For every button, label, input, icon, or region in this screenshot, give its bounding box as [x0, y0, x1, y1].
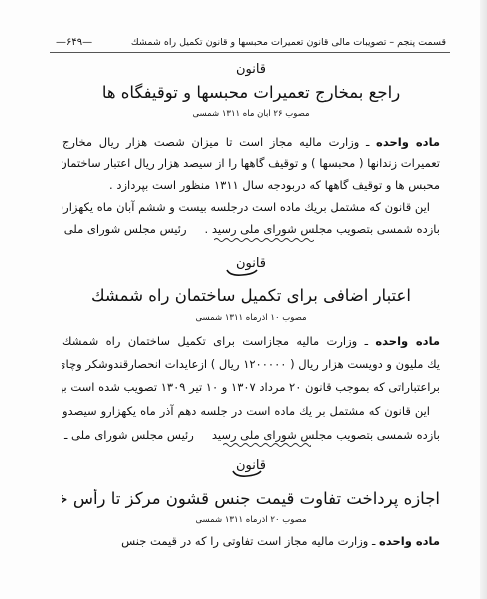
- law-title: راجع بمخارج تعمیرات محبسها و توقیفگاه ها: [62, 83, 440, 103]
- header-rule: [50, 52, 450, 53]
- article-label: ماده واحده: [376, 135, 440, 149]
- body-line: ماده واحده ـ وزارت مالیه مجازاست برای تک…: [62, 333, 440, 349]
- approval-date: مصوب ۱۰ آذرماه ۱۳۱۱ شمسی: [62, 313, 440, 324]
- law-title: اجازه پرداخت تفاوت قیمت جنس قشون مرکز تا…: [62, 489, 440, 509]
- signature: رئیس مجلس شورای ملی ـ دادگر: [62, 222, 187, 236]
- body-line: یك ملیون و دویست هزار ریال ( ۱۲۰۰۰۰۰ ریا…: [62, 356, 440, 372]
- article-label: ماده واحده: [375, 334, 440, 348]
- wavy-underline: [223, 442, 311, 448]
- article-label: ماده واحده: [379, 534, 440, 548]
- page-edge-shadow: [480, 0, 487, 599]
- body-line: ماده واحده ـ وزارت مالیه مجاز است تفاوتی…: [90, 533, 440, 549]
- law-label: قانون: [62, 62, 440, 78]
- document-page: قسمت پنجم – تصویبات مالی قانون تعمیرات م…: [0, 0, 480, 599]
- approval-date: مصوب ۲۶ آبان ماه ۱۳۱۱ شمسی: [62, 109, 440, 120]
- body-line: این قانون که مشتمل بریك ماده است درجلسه …: [62, 199, 440, 215]
- body-line: براعتباراتی که بموجب قانون ۲۰ مرداد ۱۳۰۷…: [62, 379, 440, 395]
- approval-date: مصوب ۲۰ آذرماه ۱۳۱۱ شمسی: [62, 515, 440, 526]
- body-line: تعمیرات زندانها ( محبسها ) و توقیف گاهها…: [62, 155, 440, 171]
- body-line: ماده واحده ـ وزارت مالیه مجاز است تا میز…: [62, 134, 440, 150]
- law-title: اعتبار اضافی برای تکمیل ساختمان راه شمشك: [62, 286, 440, 306]
- body-line: بازده شمسی بتصویب مجلس شورای ملی رسید .ر…: [62, 221, 440, 237]
- running-head-title: قسمت پنجم – تصویبات مالی قانون تعمیرات م…: [131, 36, 446, 50]
- wavy-underline: [214, 237, 314, 243]
- page-number: —۶۴۹—: [56, 36, 92, 50]
- swash-ornament: [226, 269, 258, 277]
- body-line: محبس ها و توقیف گاهها که دربودجه سال ۱۳۱…: [62, 177, 440, 193]
- signature: رئیس مجلس شورای ملی ـ دادگر: [62, 428, 194, 442]
- swash-ornament: [232, 470, 262, 478]
- body-line: بازده شمسی بتصویب مجلس شورای ملی رسیدرئی…: [62, 427, 440, 443]
- body-line: این قانون که مشتمل بر یك ماده است در جلس…: [62, 403, 440, 419]
- running-head: قسمت پنجم – تصویبات مالی قانون تعمیرات م…: [50, 36, 450, 50]
